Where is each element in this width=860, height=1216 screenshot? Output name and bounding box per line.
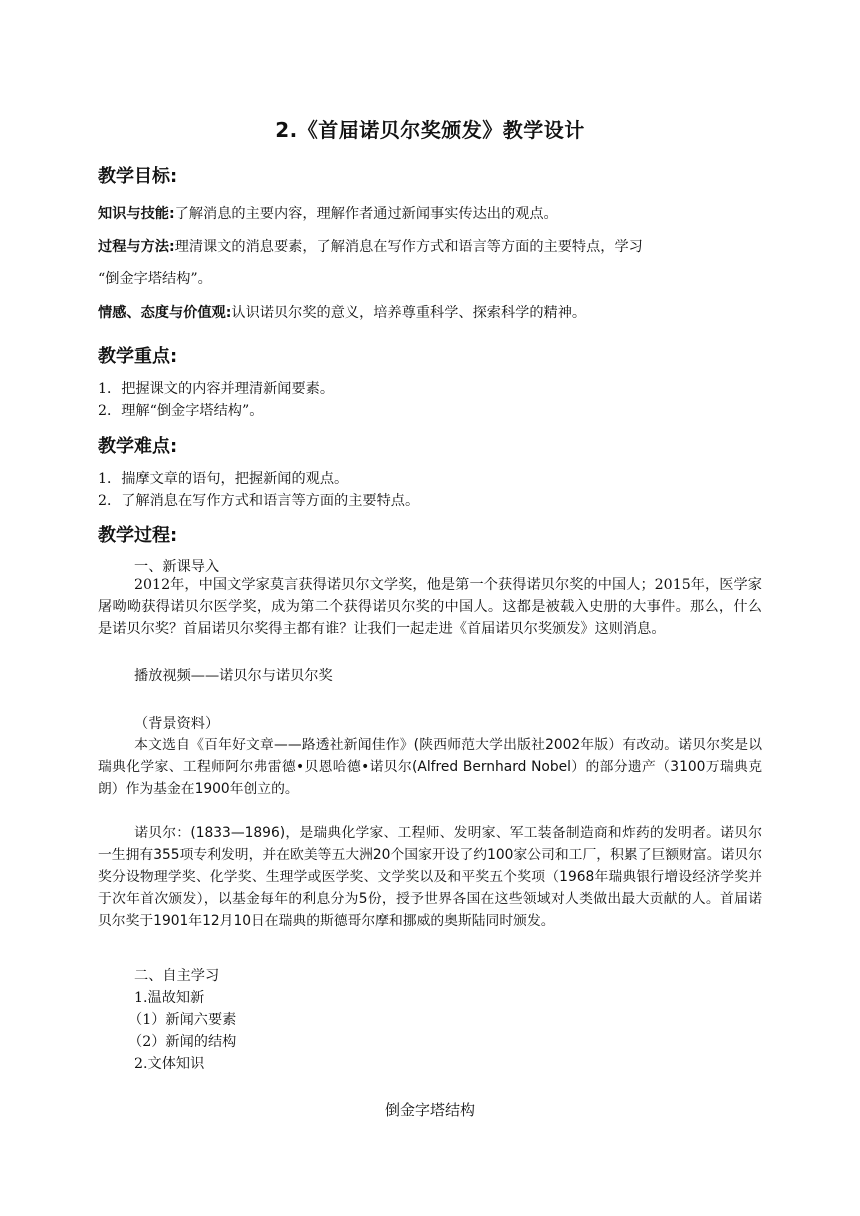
background-paragraph: 本文选自《百年好文章——路透社新闻佳作》(陕西师范大学出版社2002年版）有改动… bbox=[98, 734, 762, 800]
objective-knowledge: 知识与技能:了解消息的主要内容，理解作者通过新闻事实传达出的观点。 bbox=[98, 203, 558, 223]
objective-label: 过程与方法: bbox=[98, 239, 175, 255]
sub-review: 1.温故知新 bbox=[134, 987, 204, 1007]
difficulty-item: 2．了解消息在写作方式和语言等方面的主要特点。 bbox=[98, 490, 419, 510]
objectives-heading: 教学目标: bbox=[98, 162, 177, 188]
section-new-lesson: 一、新课导入 bbox=[134, 556, 219, 576]
objective-process: 过程与方法:理清课文的消息要素，了解消息在写作方式和语言等方面的主要特点，学习 bbox=[98, 236, 643, 256]
objective-process-continuation: “倒金字塔结构”。 bbox=[98, 268, 212, 288]
nobel-paragraph: 诺贝尔：(1833—1896)，是瑞典化学家、工程师、发明家、军工装备制造商和炸… bbox=[98, 822, 762, 932]
key-points-heading: 教学重点: bbox=[98, 342, 177, 368]
section-self-study: 二、自主学习 bbox=[134, 965, 219, 985]
video-line: 播放视频——诺贝尔与诺贝尔奖 bbox=[134, 665, 333, 685]
process-heading: 教学过程: bbox=[98, 521, 177, 547]
sub-genre-knowledge: 2.文体知识 bbox=[134, 1053, 204, 1073]
sub-review-structure: （2）新闻的结构 bbox=[128, 1031, 236, 1051]
difficulties-heading: 教学难点: bbox=[98, 432, 177, 458]
objective-label: 知识与技能: bbox=[98, 206, 175, 222]
objective-text: 认识诺贝尔奖的意义，培养尊重科学、探索科学的精神。 bbox=[231, 305, 586, 321]
document-title: 2.《首届诺贝尔奖颁发》教学设计 bbox=[98, 114, 762, 143]
objective-text: 理清课文的消息要素，了解消息在写作方式和语言等方面的主要特点，学习 bbox=[175, 239, 643, 255]
key-point-item: 1．把握课文的内容并理清新闻要素。 bbox=[98, 378, 334, 398]
background-label: （背景资料） bbox=[134, 713, 219, 733]
key-point-item: 2．理解“倒金字塔结构”。 bbox=[98, 400, 263, 420]
objective-text: 了解消息的主要内容，理解作者通过新闻事实传达出的观点。 bbox=[175, 206, 558, 222]
intro-paragraph: 2012年，中国文学家莫言获得诺贝尔文学奖，他是第一个获得诺贝尔奖的中国人；20… bbox=[98, 574, 762, 640]
diagram-caption: 倒金字塔结构 bbox=[98, 1099, 762, 1120]
objective-label: 情感、态度与价值观: bbox=[98, 305, 231, 321]
sub-review-six-elements: （1）新闻六要素 bbox=[128, 1009, 236, 1029]
objective-emotion: 情感、态度与价值观:认识诺贝尔奖的意义，培养尊重科学、探索科学的精神。 bbox=[98, 302, 586, 322]
difficulty-item: 1．揣摩文章的语句，把握新闻的观点。 bbox=[98, 468, 348, 488]
